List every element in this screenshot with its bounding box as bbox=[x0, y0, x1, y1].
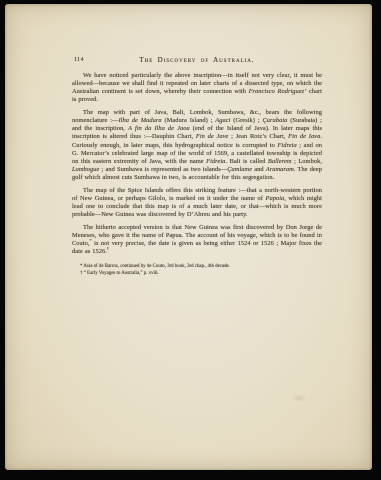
body-paragraph-4: The hitherto accepted version is that Ne… bbox=[72, 224, 322, 257]
text-block: 114 The Discovery of Australia. We have … bbox=[72, 56, 322, 277]
scan-frame: 114 The Discovery of Australia. We have … bbox=[0, 0, 381, 480]
body-paragraph-3: The map of the Spice Islands offers this… bbox=[72, 187, 322, 220]
scan-smudge bbox=[291, 394, 307, 402]
running-title: The Discovery of Australia. bbox=[72, 56, 322, 64]
page-number: 114 bbox=[74, 57, 84, 63]
body-paragraph-1: We have noticed particularly the above i… bbox=[72, 72, 322, 105]
page-header: 114 The Discovery of Australia. bbox=[72, 56, 322, 65]
book-page: 114 The Discovery of Australia. We have … bbox=[5, 4, 372, 470]
body-paragraph-2: The map with part of Java, Bali, Lombok,… bbox=[72, 109, 322, 182]
footnote-2: † “ Early Voyages to Australia,” p. xvii… bbox=[72, 271, 322, 277]
footnotes: * Asia of de Barros, continued by de Cou… bbox=[72, 264, 322, 276]
